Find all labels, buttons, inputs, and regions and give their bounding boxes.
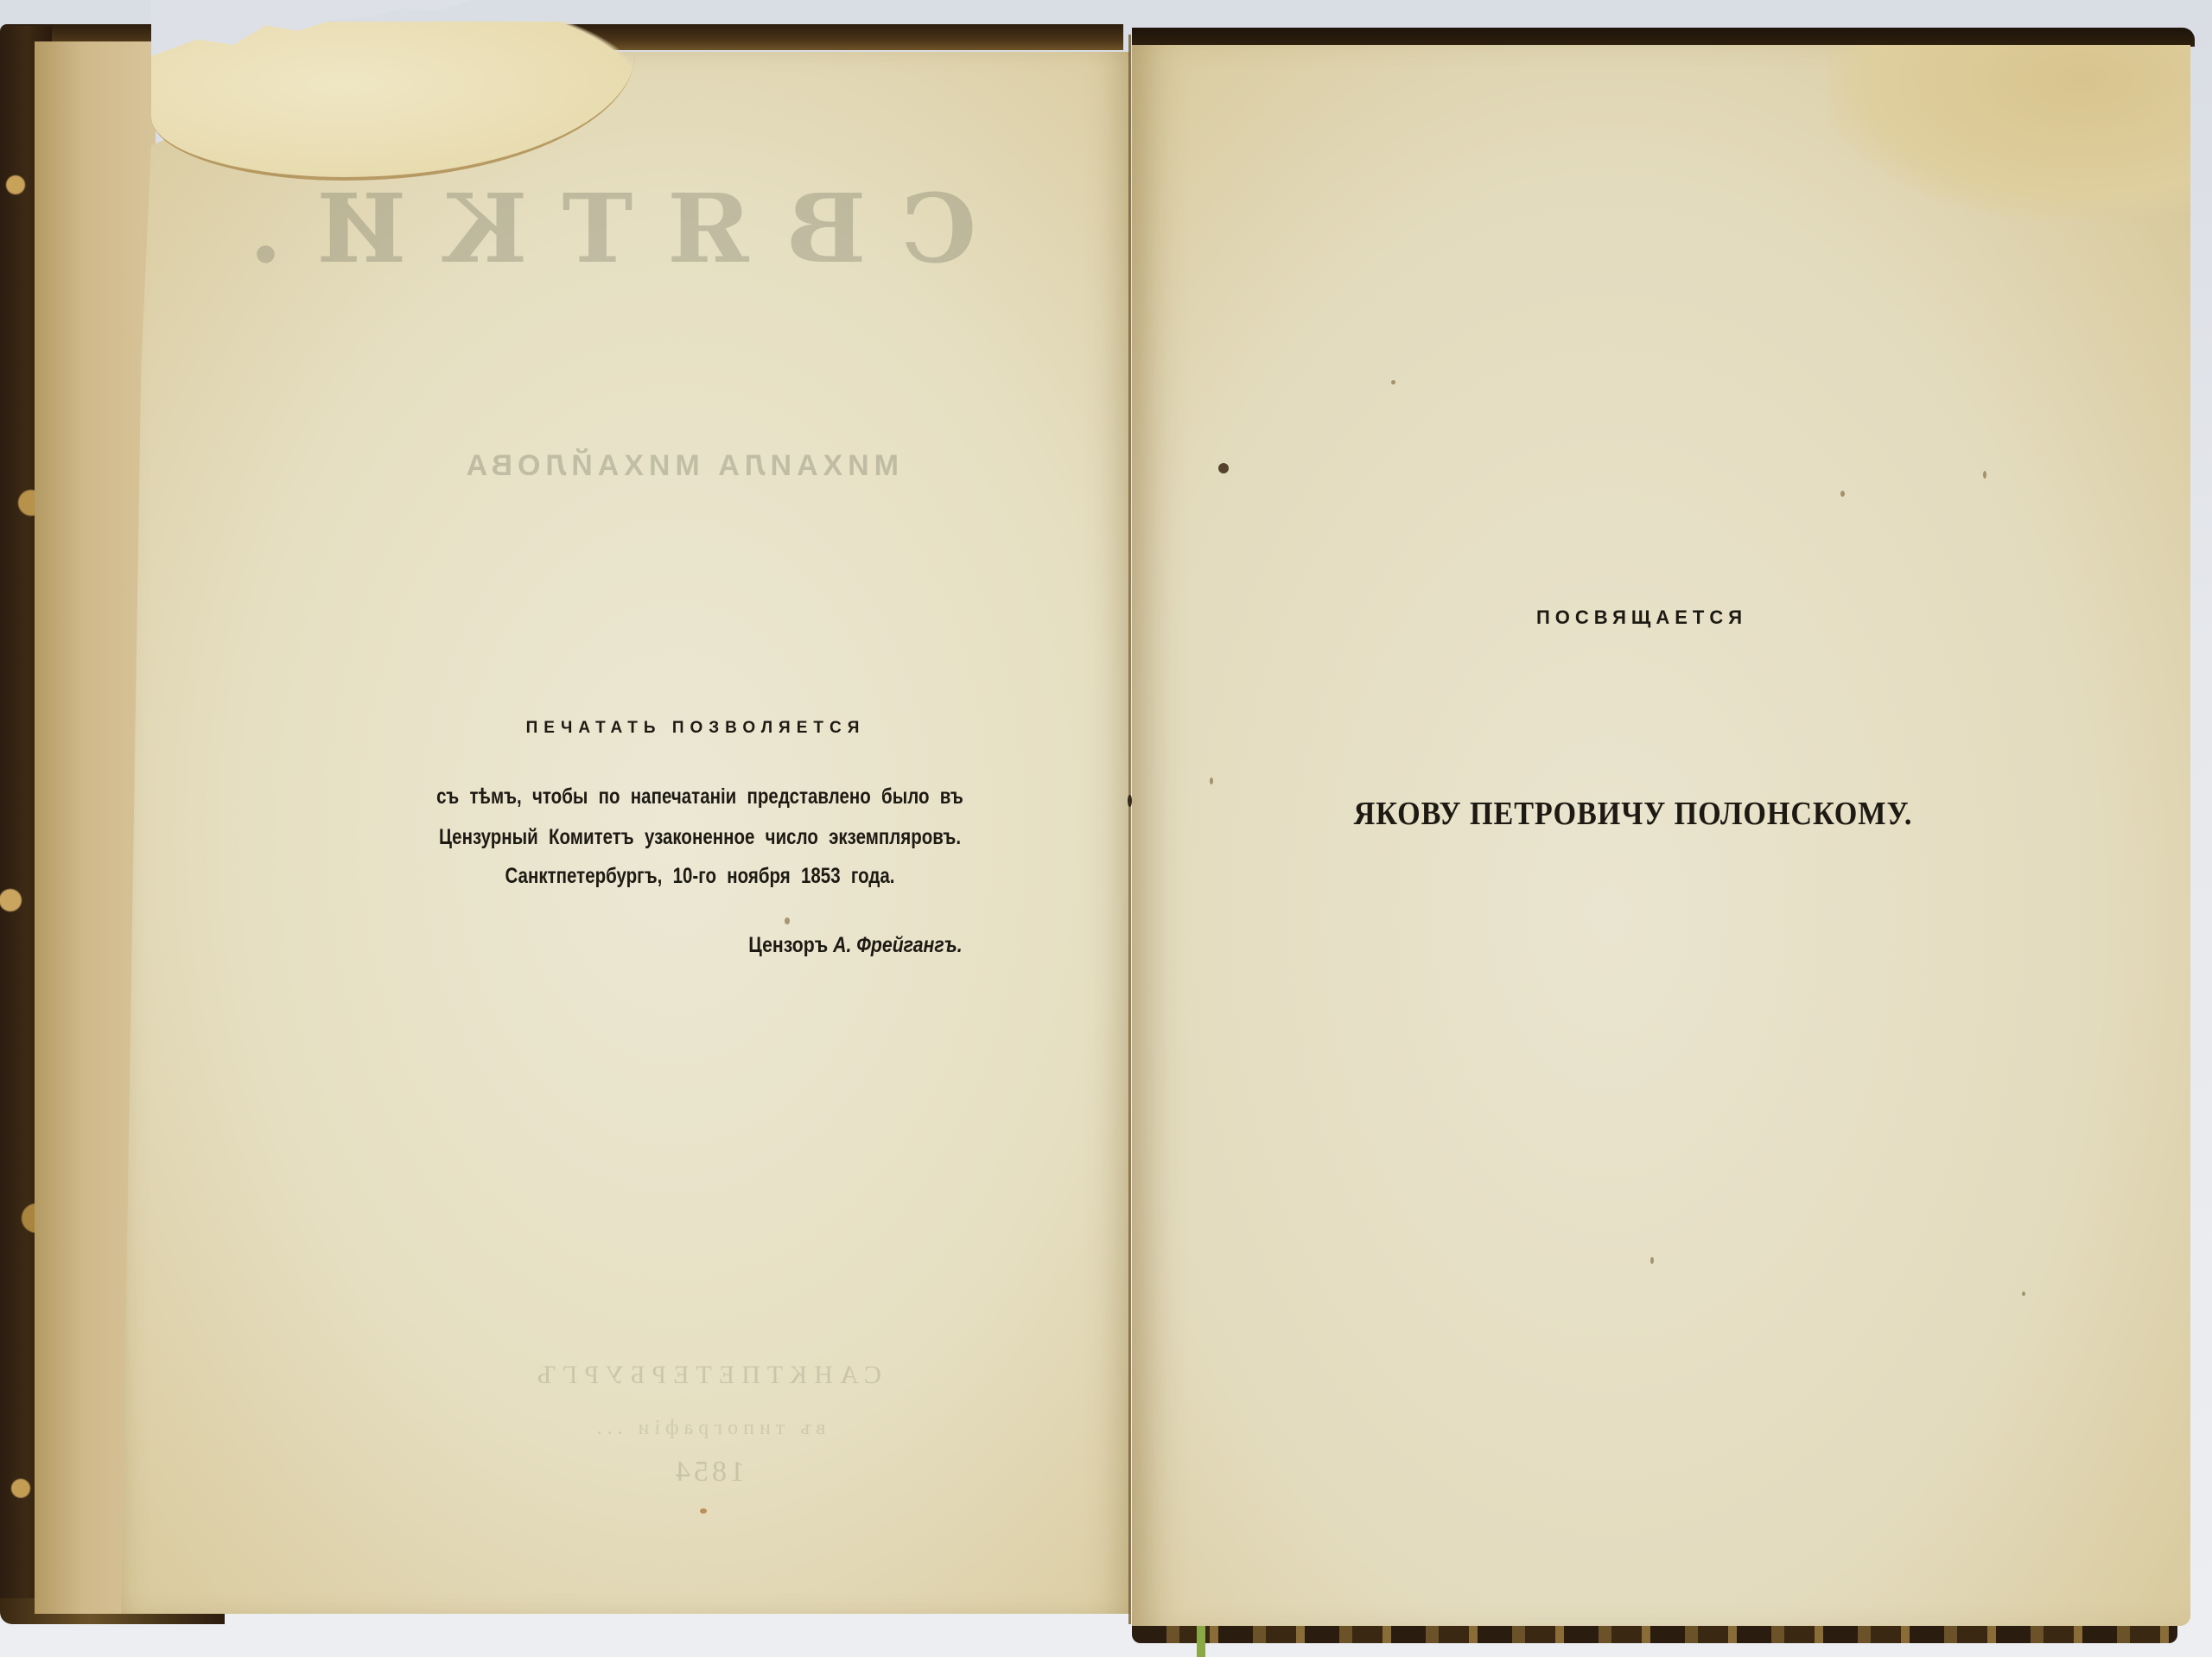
bleed-through-imprint-press: въ типографіи ... [449, 1417, 968, 1440]
right-page [1132, 45, 2190, 1626]
foxing-spot [1983, 471, 1986, 479]
bleed-through-author: МИХАИЛА МИХАЙЛОВА [501, 449, 899, 483]
foxing-spot [2022, 1292, 2025, 1296]
binding-bottom-edge-right [1132, 1624, 2177, 1643]
foxing-spot [1128, 795, 1132, 807]
censor-signature: Цензоръ А. Фрейгангъ. [702, 933, 1010, 958]
censorship-line-2: Цензурный Комитетъ узаконенное число экз… [367, 825, 1033, 850]
censor-label: Цензоръ [748, 933, 828, 957]
dedicatee-name: ЯКОВУ ПЕТРОВИЧУ ПОЛОНСКОМУ. [1345, 795, 1921, 833]
censorship-line-1: съ тѣмъ, чтобы по напечатаніи представле… [367, 784, 1033, 809]
foxing-spot [700, 1508, 707, 1514]
bleed-through-imprint-year: 1854 [657, 1456, 760, 1489]
foxing-spot [1218, 463, 1229, 473]
foxing-spot [1391, 380, 1395, 384]
book-gutter [1128, 35, 1131, 1624]
dedication-heading: ПОСВЯЩАЕТСЯ [1434, 606, 1849, 629]
censorship-heading: ПЕЧАТАТЬ ПОЗВОЛЯЕТСЯ [285, 719, 1106, 738]
foxing-spot [785, 917, 790, 924]
foxing-spot [1210, 778, 1213, 784]
open-book: СВЯТКИ. МИХАИЛА МИХАЙЛОВА САНКТПЕТЕРБУРГ… [0, 0, 2212, 1657]
bleed-through-title: СВЯТКИ. [415, 173, 976, 284]
foxing-spot [1650, 1257, 1654, 1264]
foxing-spot [1840, 491, 1845, 497]
binding-top-edge-right [1132, 28, 2195, 47]
censorship-line-3: Санктпетербургъ, 10-го ноября 1853 года. [367, 864, 1033, 889]
ribbon-bookmark [1197, 1624, 1205, 1657]
bleed-through-imprint-city: САНКТПЕТЕРБУРГЪ [536, 1361, 881, 1390]
water-stain-corner [1827, 45, 2190, 218]
censor-name: А. Фрейгангъ. [833, 933, 963, 957]
